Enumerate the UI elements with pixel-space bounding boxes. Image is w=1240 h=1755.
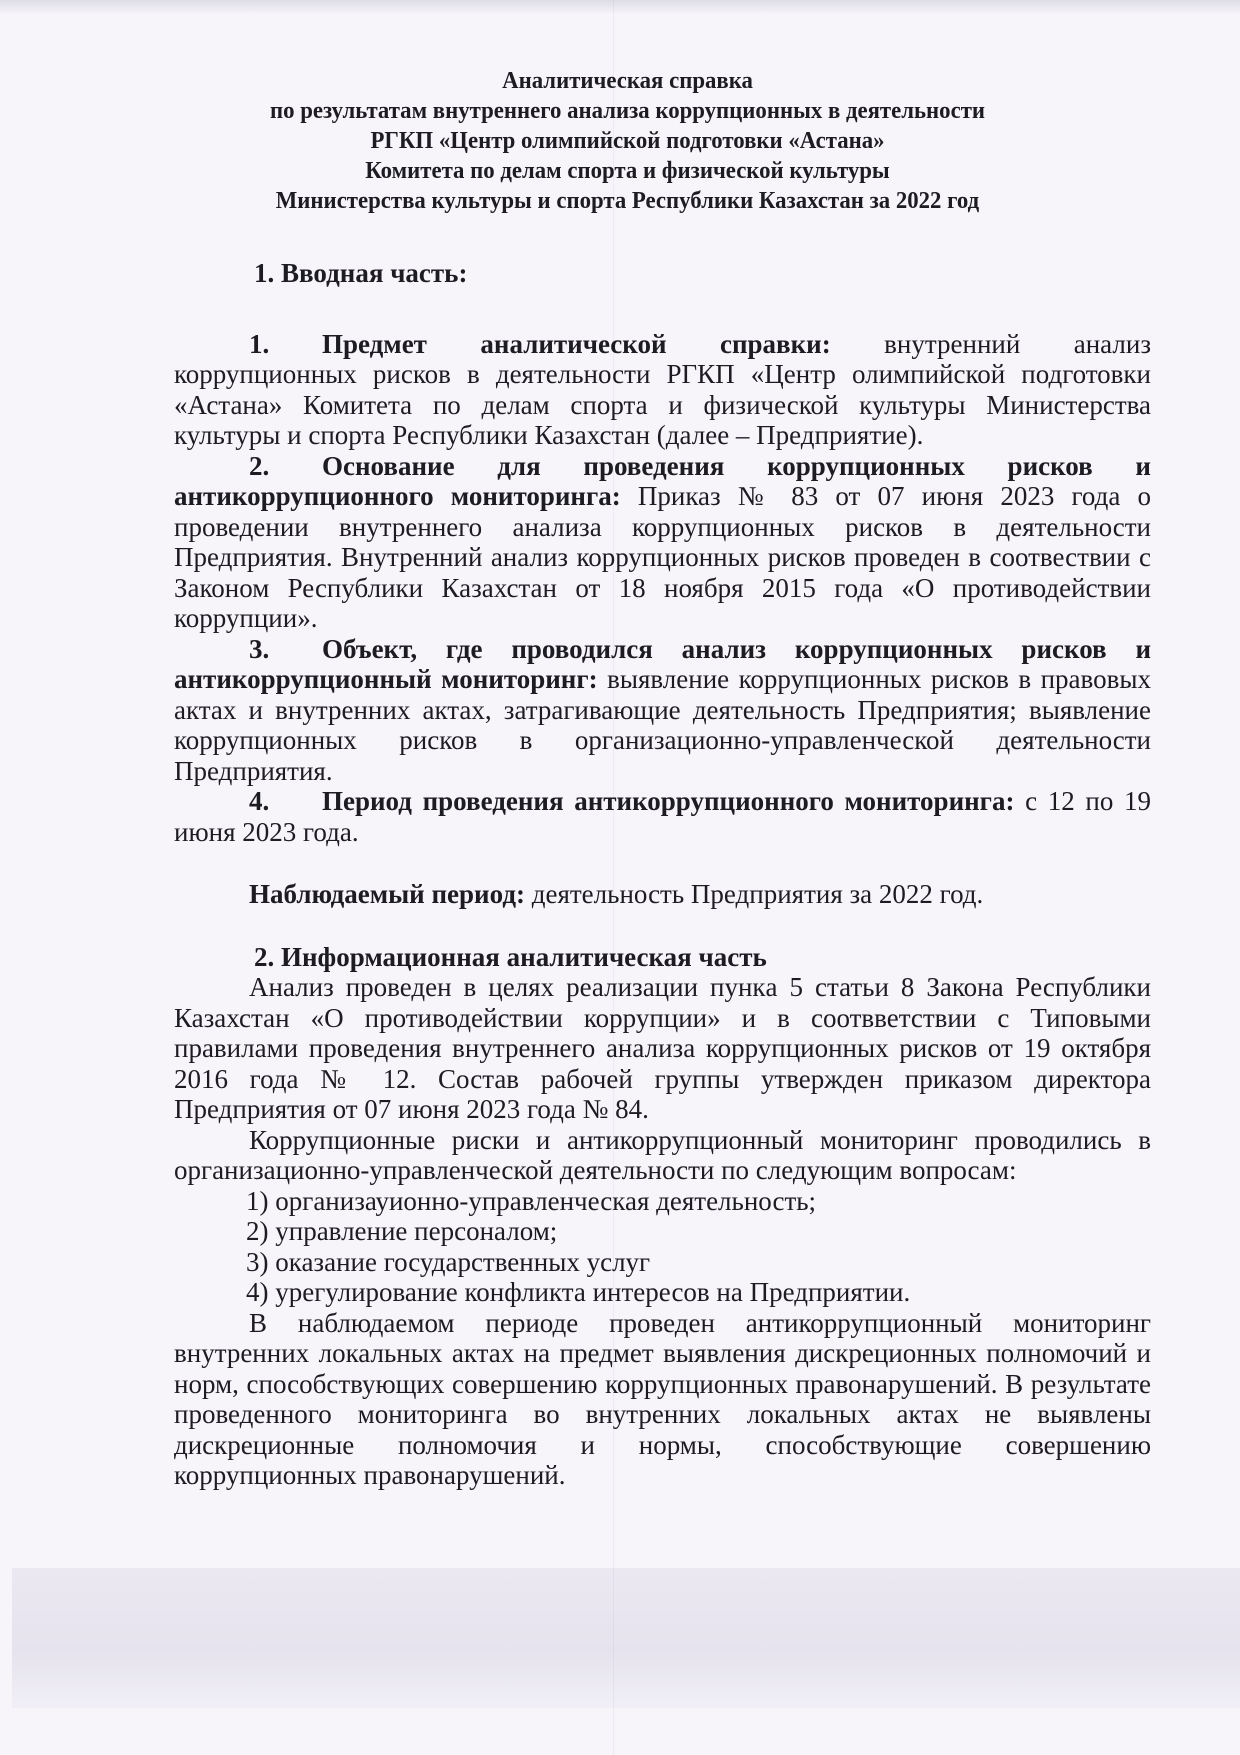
section-heading-intro: 1. Вводная часть:	[174, 258, 1151, 289]
scan-artifact-band	[12, 1568, 1240, 1708]
list-item: 4) урегулирование конфликта интересов на…	[246, 1277, 1151, 1308]
observed-period-label: Наблюдаемый период:	[249, 879, 525, 909]
document-body: 1. Вводная часть: 1.Предмет аналитическо…	[174, 258, 1151, 1491]
title-line: по результатам внутреннего анализа корру…	[183, 96, 1071, 126]
observed-period-text: деятельность Предприятия за 2022 год.	[525, 879, 983, 909]
list-item: 1) организауионно-управленческая деятель…	[246, 1186, 1151, 1217]
scan-edge-shadow	[0, 0, 1240, 14]
intro-item-object: 3.Объект, где проводился анализ коррупци…	[174, 634, 1151, 787]
title-line: РГКП «Центр олимпийской подготовки «Аста…	[183, 126, 1071, 156]
list-item: 3) оказание государственных услуг	[246, 1247, 1151, 1278]
list-item: 2) управление персоналом;	[246, 1216, 1151, 1247]
intro-item-basis: 2.Основание для проведения коррупционных…	[174, 451, 1151, 634]
issues-list: 1) организауионно-управленческая деятель…	[174, 1186, 1151, 1308]
document-title: Аналитическая справка по результатам вну…	[183, 66, 1071, 216]
analysis-paragraph-2: Коррупционные риски и антикоррупционный …	[174, 1125, 1151, 1186]
title-line: Комитета по делам спорта и физической ку…	[183, 156, 1071, 186]
observed-period: Наблюдаемый период: деятельность Предпри…	[174, 879, 1151, 910]
title-line: Аналитическая справка	[183, 66, 1071, 96]
intro-item-period: 4.Период проведения антикоррупционного м…	[174, 786, 1151, 847]
intro-item-subject: 1.Предмет аналитической справки: внутрен…	[174, 329, 1151, 451]
title-line: Министерства культуры и спорта Республик…	[183, 186, 1071, 216]
item-label: Период проведения антикоррупционного мон…	[322, 786, 1014, 816]
analysis-paragraph-3: В наблюдаемом периоде проведен антикорру…	[174, 1308, 1151, 1491]
item-label: Предмет аналитической справки:	[322, 329, 831, 359]
section-heading-analysis: 2. Информационная аналитическая часть	[174, 942, 1151, 973]
analysis-paragraph-1: Анализ проведен в целях реализации пункa…	[174, 972, 1151, 1125]
